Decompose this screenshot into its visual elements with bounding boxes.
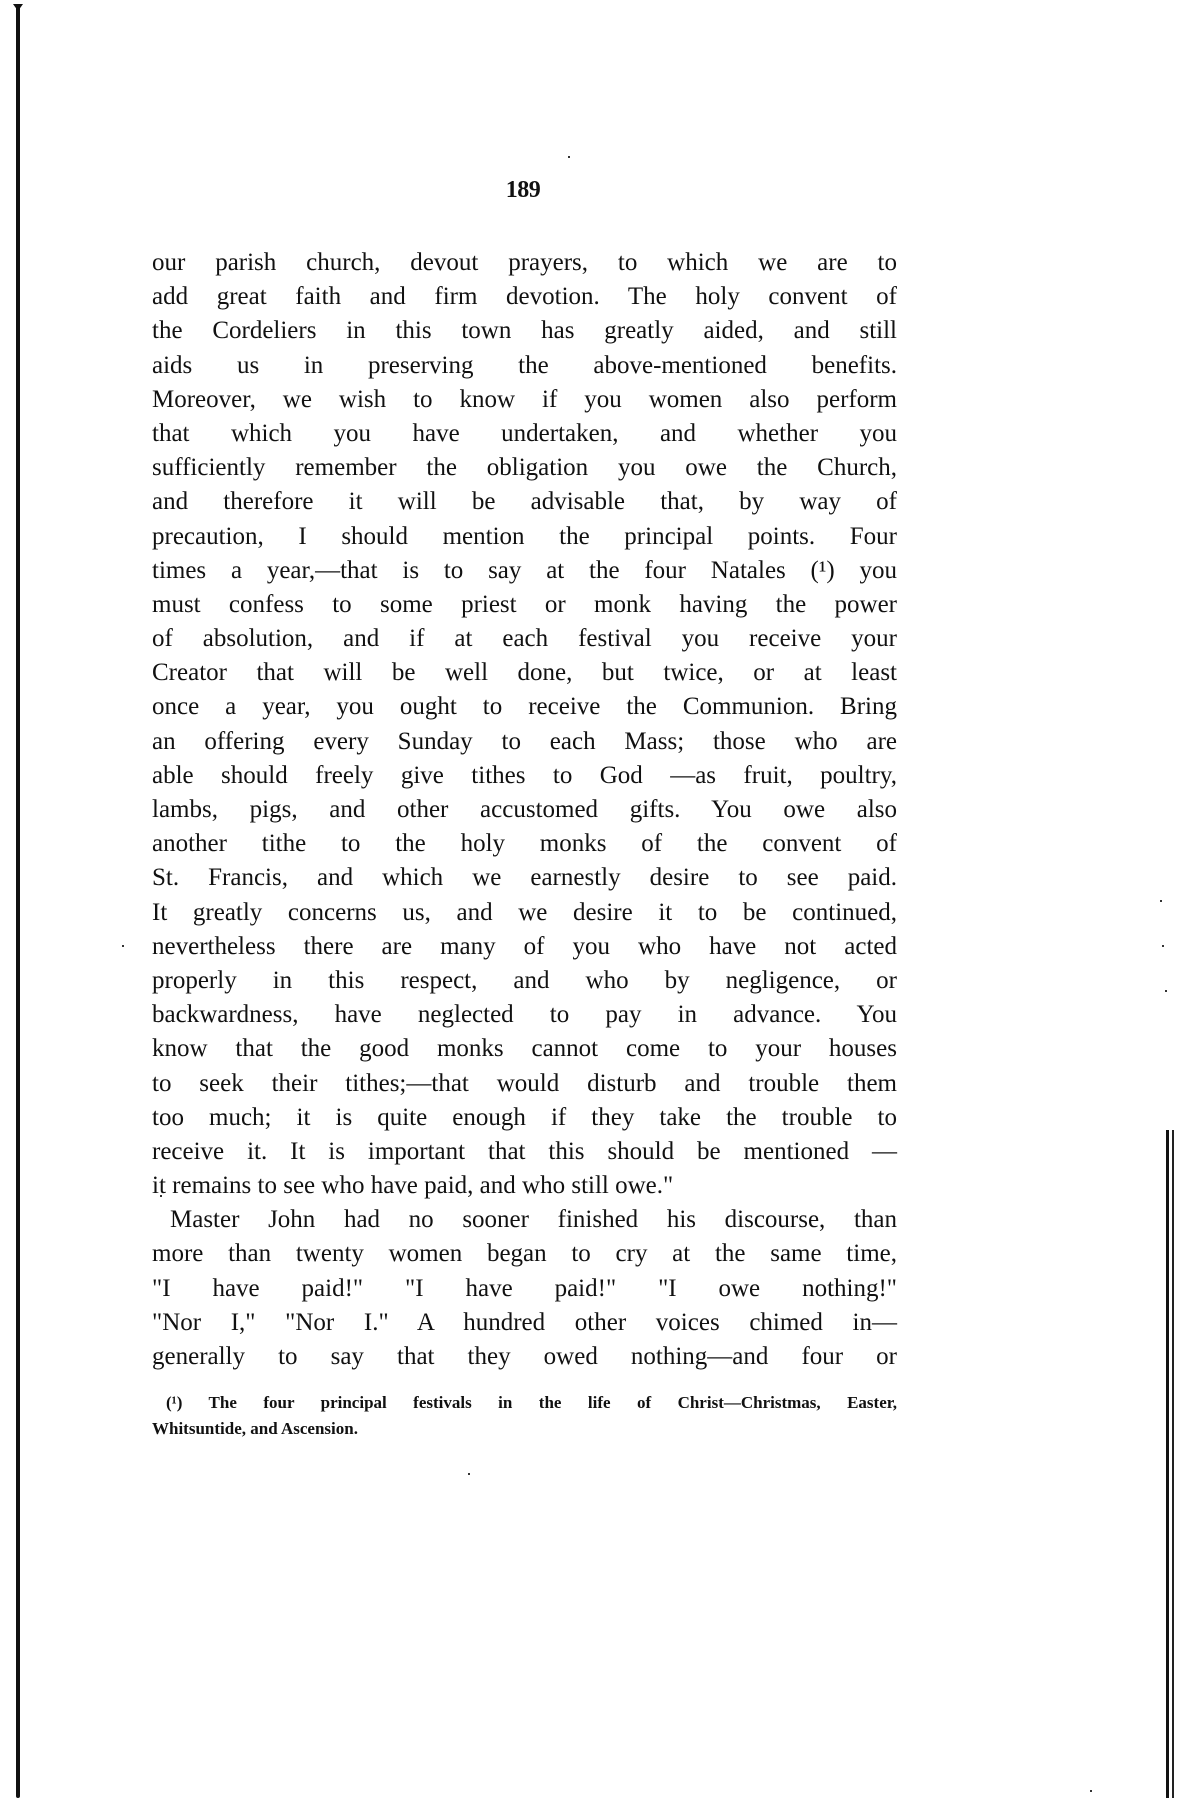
text-line: backwardness, have neglected to pay in a…: [152, 998, 897, 1032]
text-line: aids us in preserving the above-mentione…: [152, 349, 897, 383]
page-number: 189: [498, 176, 548, 204]
text-line: the Cordeliers in this town has greatly …: [152, 314, 897, 348]
footnote-line: Whitsuntide, and Ascension.: [152, 1416, 897, 1442]
scan-speck: [1090, 1790, 1092, 1792]
page-binding-edge-left: [16, 4, 20, 1798]
text-line: nevertheless there are many of you who h…: [152, 930, 897, 964]
text-line: once a year, you ought to receive the Co…: [152, 690, 897, 724]
scan-speck: [1160, 900, 1162, 902]
text-line: receive it. It is important that this sh…: [152, 1135, 897, 1169]
text-line: St. Francis, and which we earnestly desi…: [152, 861, 897, 895]
text-line: an offering every Sunday to each Mass; t…: [152, 725, 897, 759]
text-line: times a year,—that is to say at the four…: [152, 554, 897, 588]
text-line: "Nor I," "Nor I." A hundred other voices…: [152, 1306, 897, 1340]
text-line: "I have paid!" "I have paid!" "I owe not…: [152, 1272, 897, 1306]
page-edge-right: [1166, 1130, 1169, 1798]
page-edge-right-inner: [1172, 1130, 1174, 1798]
text-line: that which you have undertaken, and whet…: [152, 417, 897, 451]
scanned-book-page: 189 our parish church, devout prayers, t…: [0, 0, 1187, 1798]
body-text: our parish church, devout prayers, to wh…: [152, 246, 897, 1374]
scan-speck: [1165, 990, 1167, 992]
text-line: Creator that will be well done, but twic…: [152, 656, 897, 690]
text-line: generally to say that they owed nothing—…: [152, 1340, 897, 1374]
text-line: able should freely give tithes to God —a…: [152, 759, 897, 793]
text-line: another tithe to the holy monks of the c…: [152, 827, 897, 861]
text-line: sufficiently remember the obligation you…: [152, 451, 897, 485]
scan-speck: [568, 156, 570, 158]
text-line-paragraph-end: it remains to see who have paid, and who…: [152, 1169, 897, 1203]
text-line-paragraph-start: Master John had no sooner finished his d…: [152, 1203, 897, 1237]
text-line: more than twenty women began to cry at t…: [152, 1237, 897, 1271]
text-line: precaution, I should mention the princip…: [152, 520, 897, 554]
scan-speck: [122, 945, 124, 947]
text-line: lambs, pigs, and other accustomed gifts.…: [152, 793, 897, 827]
text-line: Moreover, we wish to know if you women a…: [152, 383, 897, 417]
text-line: and therefore it will be advisable that,…: [152, 485, 897, 519]
text-line: properly in this respect, and who by neg…: [152, 964, 897, 998]
scan-speck: [1162, 945, 1164, 947]
text-line: our parish church, devout prayers, to wh…: [152, 246, 897, 280]
scan-speck: [160, 1195, 162, 1197]
text-line: add great faith and firm devotion. The h…: [152, 280, 897, 314]
footnote: (¹) The four principal festivals in the …: [152, 1390, 897, 1442]
scan-speck: [468, 1473, 470, 1475]
text-line: must confess to some priest or monk havi…: [152, 588, 897, 622]
footnote-line: (¹) The four principal festivals in the …: [152, 1390, 897, 1416]
text-line: It greatly concerns us, and we desire it…: [152, 896, 897, 930]
text-line: know that the good monks cannot come to …: [152, 1032, 897, 1066]
text-line: of absolution, and if at each festival y…: [152, 622, 897, 656]
text-line: too much; it is quite enough if they tak…: [152, 1101, 897, 1135]
text-line: to seek their tithes;—that would disturb…: [152, 1067, 897, 1101]
